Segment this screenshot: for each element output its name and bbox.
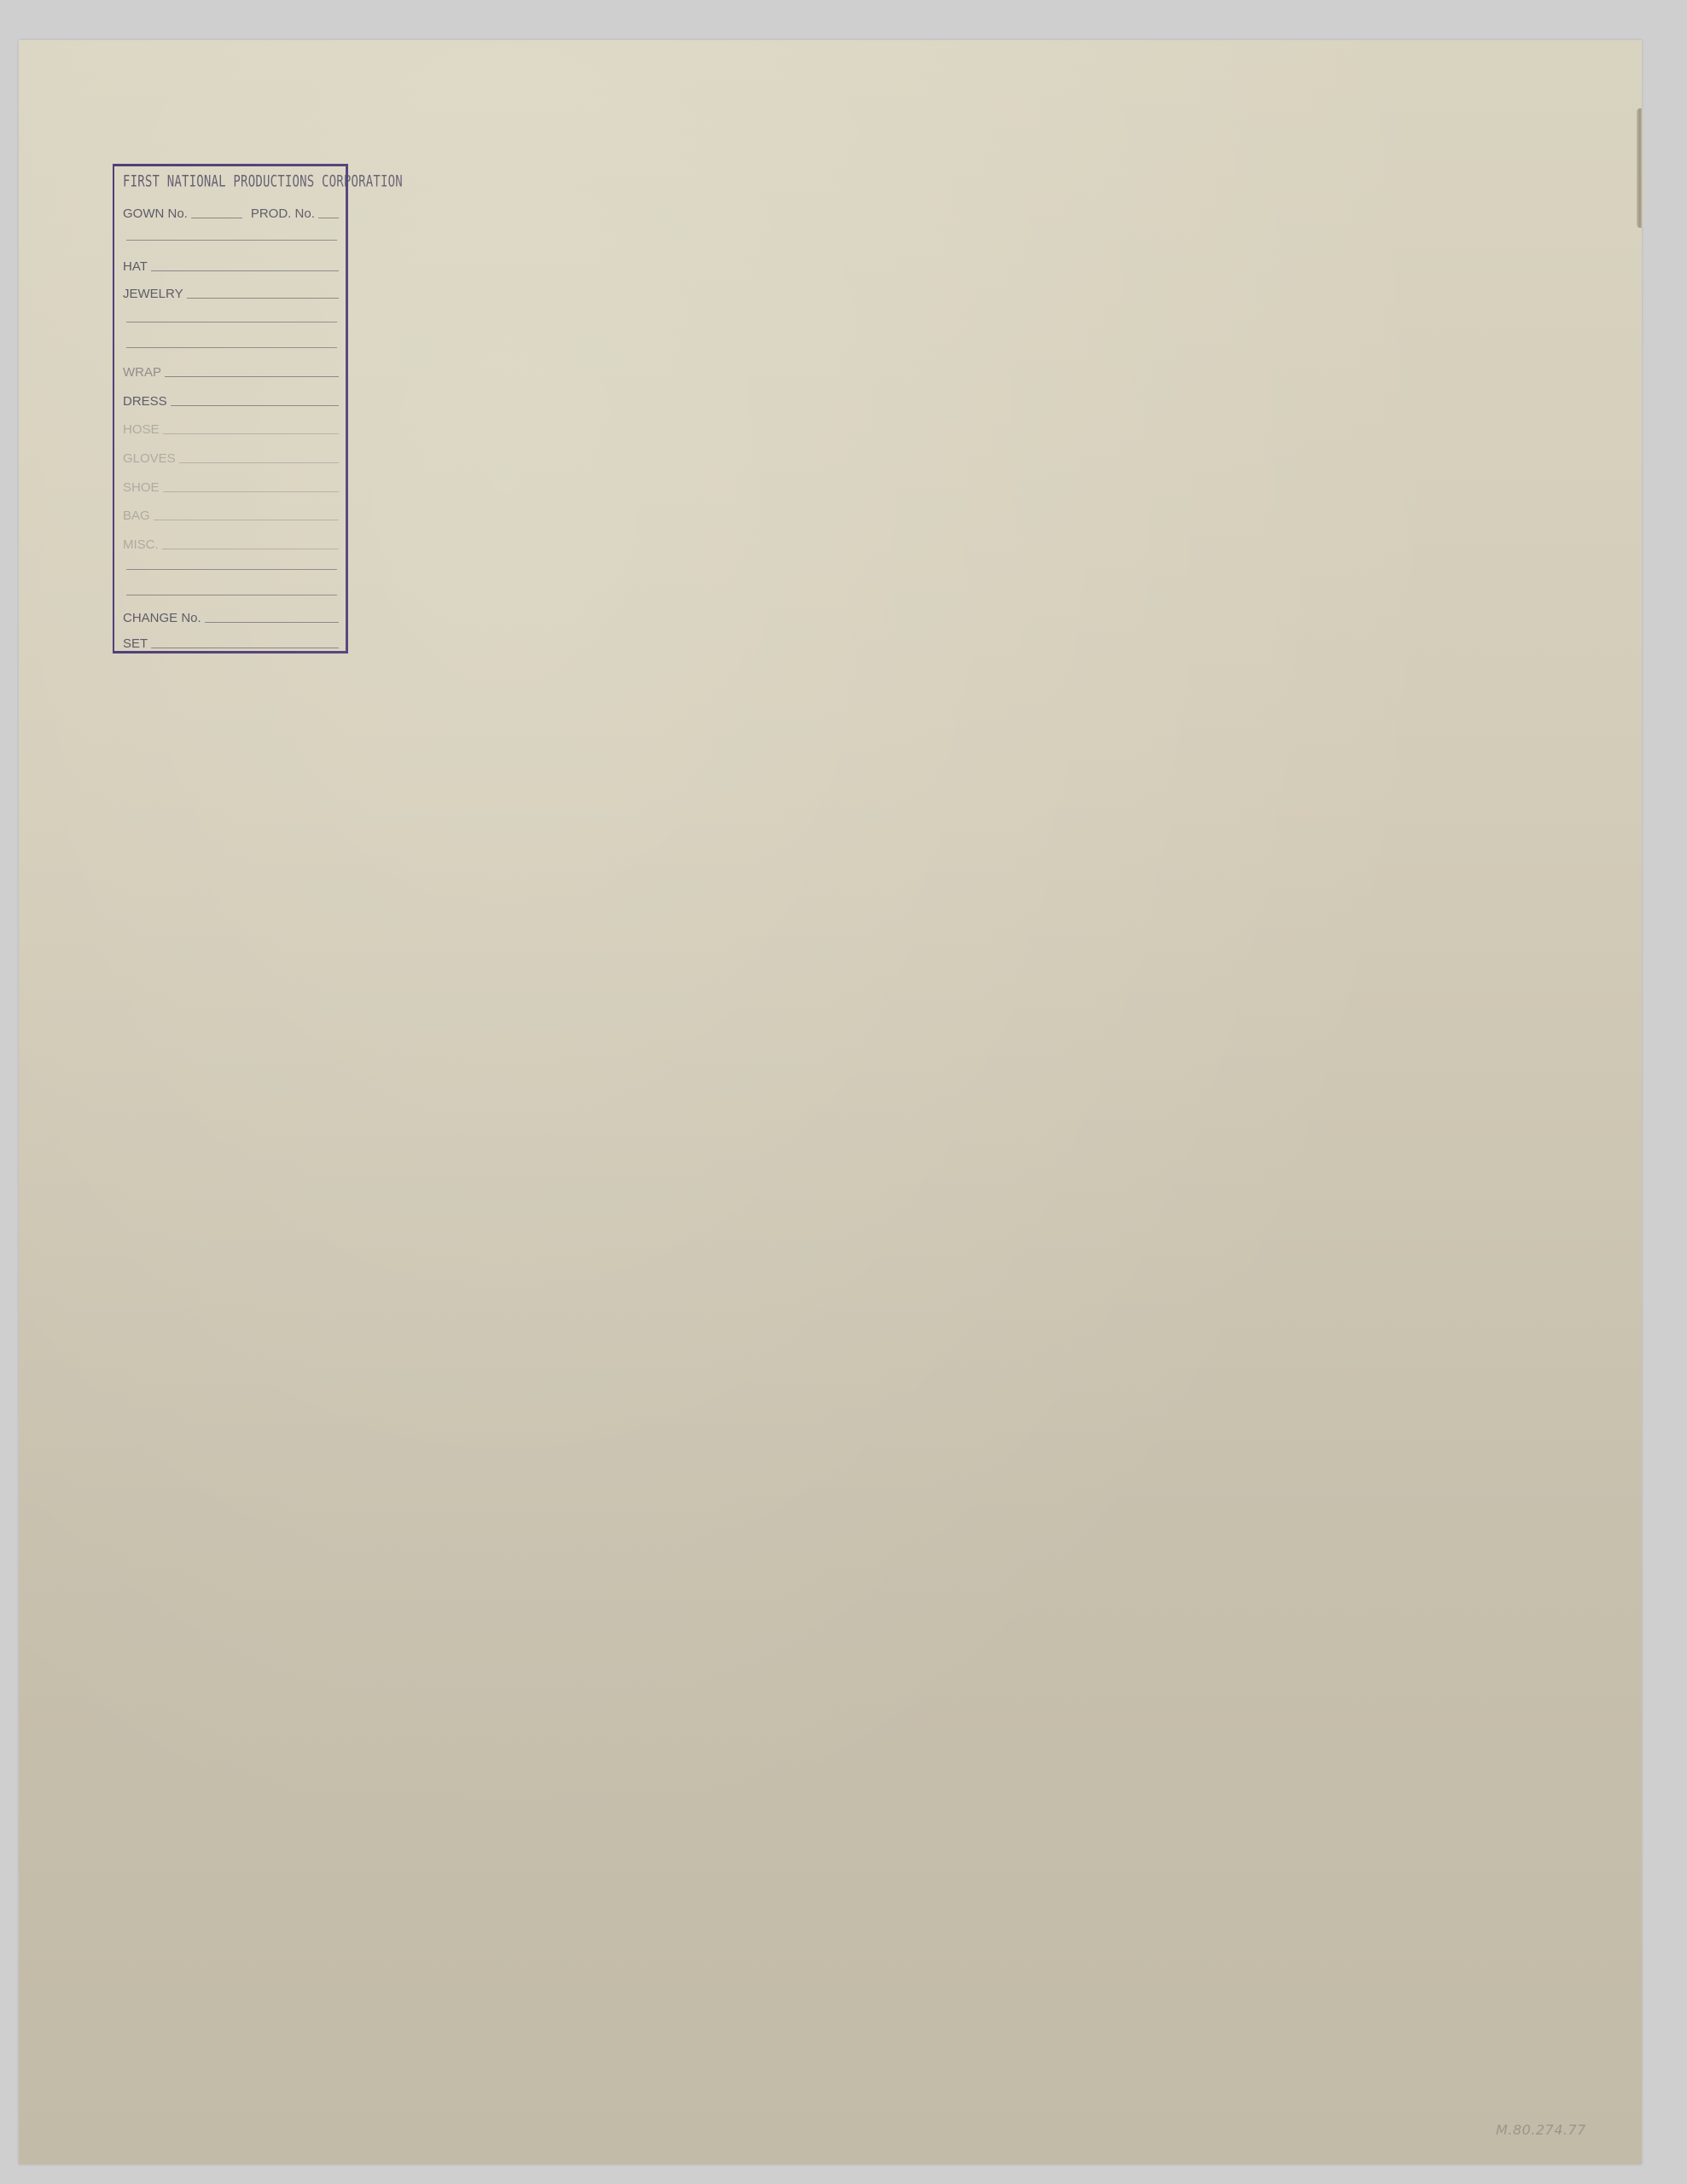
blank-line [126,322,337,322]
field-line [163,433,339,434]
field-line-gown [191,218,242,218]
field-label-prod: PROD. No. [251,206,315,221]
field-line [163,491,339,492]
field-bag: BAG [123,502,339,523]
field-change-no: CHANGE No. [123,605,339,625]
field-hose: HOSE [123,416,339,437]
gown-prod-row: GOWN No. PROD. No. [123,200,339,221]
torn-edge [1637,108,1645,228]
field-dress: DRESS [123,388,339,409]
costume-stamp: FIRST NATIONAL PRODUCTIONS CORPORATION G… [113,164,348,653]
field-line [154,520,339,520]
field-jewelry: JEWELRY [123,281,339,301]
field-label: MISC. [123,537,159,552]
field-label: HOSE [123,422,160,437]
field-shoe: SHOE [123,474,339,495]
blank-line [126,240,337,241]
field-label: BAG [123,508,150,523]
field-gloves: GLOVES [123,445,339,466]
field-line [165,376,339,377]
paper-sheet: FIRST NATIONAL PRODUCTIONS CORPORATION G… [19,40,1642,2164]
field-label: DRESS [123,394,167,409]
blank-line [126,569,337,570]
blank-line [126,347,337,348]
field-line [187,298,339,299]
field-set: SET [123,630,339,651]
field-label: WRAP [123,365,161,380]
field-line [171,405,339,406]
field-hat: HAT [123,253,339,274]
field-line [179,462,339,463]
field-misc: MISC. [123,531,339,552]
field-label: JEWELRY [123,287,183,301]
field-line [205,622,339,623]
field-label-gown: GOWN No. [123,206,188,221]
field-label: SET [123,636,148,651]
field-line-prod [318,218,339,218]
field-label: CHANGE No. [123,611,201,625]
stamp-title: FIRST NATIONAL PRODUCTIONS CORPORATION [123,173,340,191]
field-line [151,270,339,271]
blank-line [126,595,337,595]
field-line [162,549,339,549]
field-label: HAT [123,259,148,274]
field-label: GLOVES [123,451,176,466]
accession-number: M.80.274.77 [1496,2122,1586,2138]
field-line [151,648,339,648]
field-label: SHOE [123,480,160,495]
field-wrap: WRAP [123,359,339,380]
